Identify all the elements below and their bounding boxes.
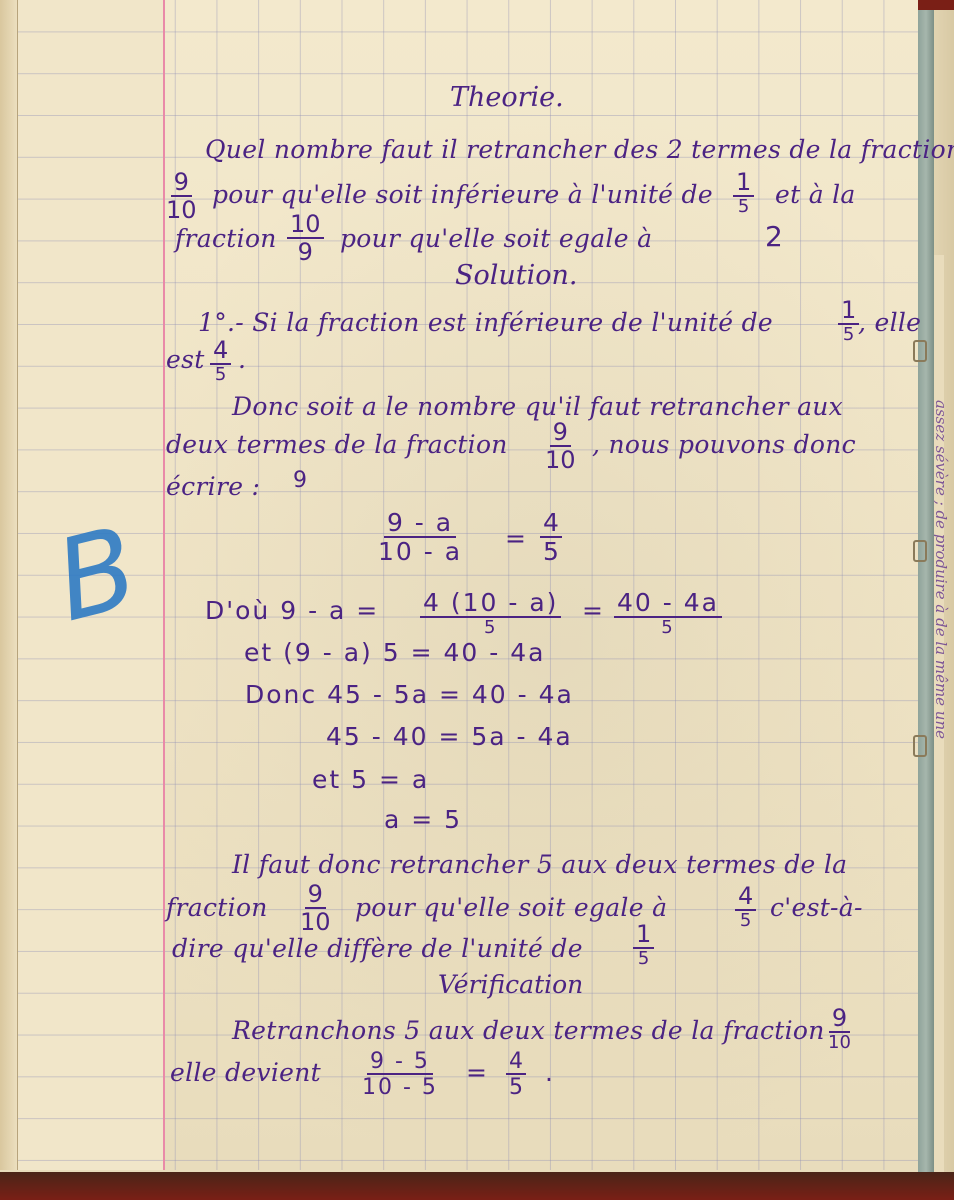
staple-icon: [913, 340, 927, 362]
heading-solution: Solution.: [455, 260, 578, 291]
fraction-1-5: 1 5: [733, 170, 754, 217]
cover-bottom-edge: [0, 1172, 954, 1200]
spine-tape: [918, 10, 934, 1180]
conclusion-line-2: pour qu'elle soit egale à: [355, 893, 667, 922]
problem-line-3: pour qu'elle soit egale à: [340, 224, 652, 253]
heading-verification: Vérification: [438, 970, 583, 999]
verification-calc-fraction: 9 - 5 10 - 5: [362, 1050, 438, 1099]
red-margin-line: [163, 0, 165, 1170]
equation-dou-prefix: D'où 9 - a =: [205, 596, 379, 625]
problem-line-3-start: fraction: [175, 224, 277, 253]
fraction-9-10: 9 10: [828, 1006, 851, 1053]
conclusion-line-2-end: c'est-à-: [770, 893, 863, 922]
verification-line-1: Retranchons 5 aux deux termes de la frac…: [232, 1016, 825, 1045]
equation-dou-fraction-1: 4 (10 - a) 5: [420, 590, 561, 638]
fraction-4-5: 4 5: [735, 884, 756, 931]
fraction-1-5: 1 5: [633, 922, 654, 969]
equation-donc: Donc 45 - 5a = 40 - 4a: [245, 680, 574, 709]
problem-line-1: Quel nombre faut il retrancher des 2 ter…: [205, 135, 954, 164]
verification-equals: =: [466, 1058, 489, 1087]
staple-icon: [913, 540, 927, 562]
fraction-9-10: 9 10: [166, 170, 197, 223]
equation-et: et (9 - a) 5 = 40 - 4a: [244, 638, 545, 667]
fraction-10-9: 10 9: [287, 212, 324, 265]
equation-et-5-a: et 5 = a: [312, 765, 429, 794]
heading-theorie: Theorie.: [450, 82, 564, 113]
equation-lhs-fraction: 9 - a 10 - a: [378, 510, 462, 566]
step1-line-2-end: .: [238, 345, 246, 374]
step2-line-3: écrire :: [166, 472, 260, 501]
equation-difference: 45 - 40 = 5a - 4a: [326, 722, 573, 751]
equation-rhs-fraction: 4 5: [540, 510, 562, 566]
verification-period: .: [545, 1058, 555, 1087]
equation-dou-equals: =: [582, 596, 605, 625]
verification-result-fraction: 4 5: [506, 1050, 526, 1099]
equation-a-equals-5: a = 5: [384, 805, 462, 834]
step1-line-1-end: , elle: [858, 308, 921, 337]
equation-equals: =: [505, 524, 528, 553]
problem-line-3-value: 2: [765, 220, 785, 253]
problem-line-2: pour qu'elle soit inférieure à l'unité d…: [212, 180, 713, 209]
step2-line-2: deux termes de la fraction: [166, 430, 508, 459]
page-binding-edge: [0, 0, 18, 1170]
step1-line-1: 1°.- Si la fraction est inférieure de l'…: [198, 308, 773, 337]
fraction-1-5: 1 5: [838, 298, 859, 345]
fraction-9-10: 9 10: [545, 420, 576, 473]
fraction-4-5: 4 5: [210, 338, 231, 385]
conclusion-line-3: dire qu'elle diffère de l'unité de: [172, 934, 583, 963]
problem-line-2-end: et à la: [775, 180, 856, 209]
step2-line-2-end: , nous pouvons donc: [592, 430, 856, 459]
stray-mark: 9: [293, 468, 309, 493]
verification-line-2: elle devient: [170, 1058, 321, 1087]
conclusion-line-2-start: fraction: [166, 893, 268, 922]
equation-dou-fraction-2: 40 - 4a 5: [614, 590, 722, 638]
step1-line-2: est: [166, 345, 205, 374]
staple-icon: [913, 735, 927, 757]
fraction-9-10: 9 10: [300, 882, 331, 935]
step2-line-1: Donc soit a le nombre qu'il faut retranc…: [232, 392, 843, 421]
conclusion-line-1: Il faut donc retrancher 5 aux deux terme…: [232, 850, 847, 879]
